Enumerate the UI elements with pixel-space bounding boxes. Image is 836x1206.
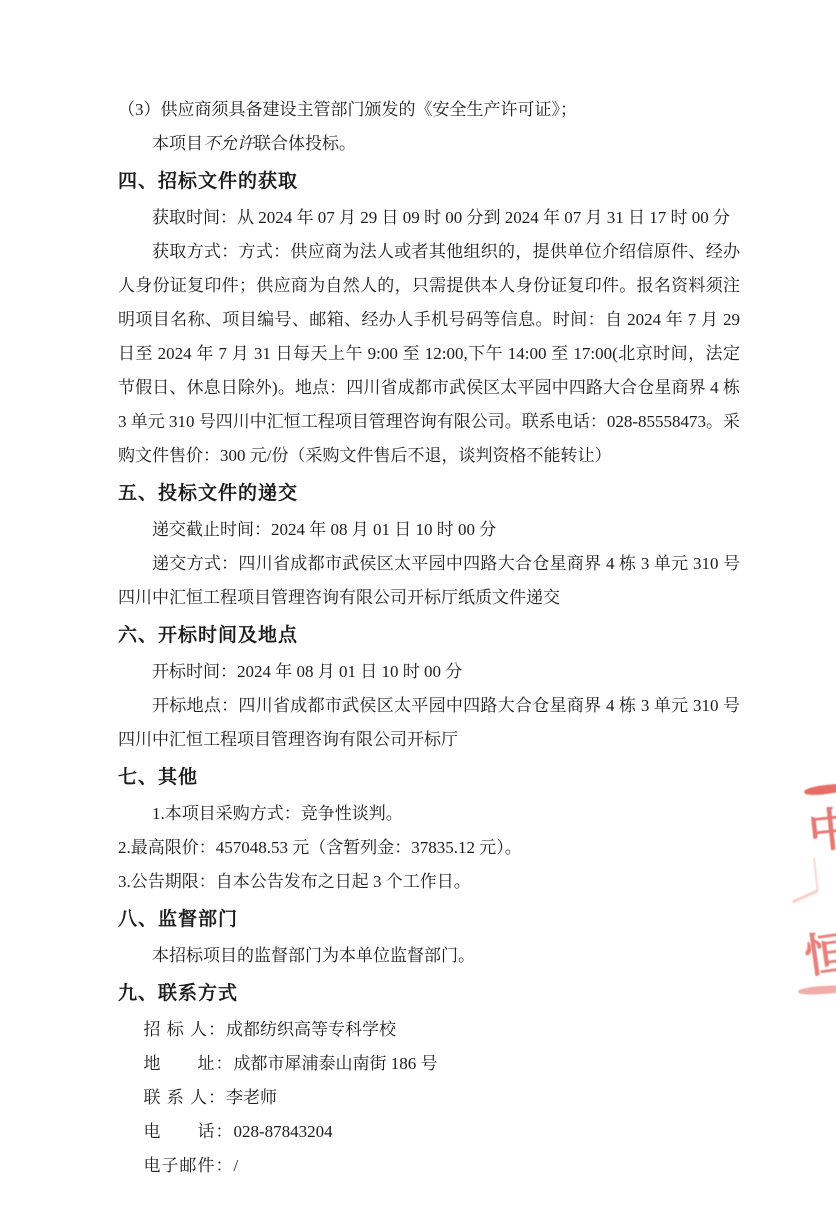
section-7-item-max-price: 2.最高限价：457048.53 元（含暂列金：37835.12 元）。: [118, 831, 740, 865]
contact-row-phone: 电 话：028-87843204: [118, 1115, 740, 1149]
contact-row-tenderer: 招 标 人：成都纺织高等专科学校: [118, 1013, 740, 1047]
red-seal-stamp-fragment: 中 恒: [790, 760, 836, 1006]
joint-bid-suffix: 联合体投标。: [254, 134, 356, 153]
contact-label-person: 联 系 人：: [144, 1088, 227, 1107]
seal-stroke-bottom-icon: [798, 984, 836, 995]
section-7-heading: 七、其他: [118, 760, 740, 796]
contact-value-person: 李老师: [226, 1088, 277, 1107]
section-9-heading: 九、联系方式: [118, 976, 740, 1012]
contact-label-phone: 电 话：: [144, 1122, 234, 1141]
scanned-tender-document-page: （3）供应商须具备建设主管部门颁发的《安全生产许可证》； 本项目不允许联合体投标…: [0, 0, 836, 1206]
joint-bid-emphasis-not-allowed: 不允许: [203, 134, 254, 153]
seal-smudge-icon: [789, 858, 818, 904]
contact-row-person: 联 系 人：李老师: [118, 1081, 740, 1115]
joint-bid-clause: 本项目不允许联合体投标。: [118, 127, 740, 161]
contact-row-email: 电子邮件：/: [118, 1149, 740, 1183]
section-6-heading: 六、开标时间及地点: [118, 618, 740, 654]
contact-value-tenderer: 成都纺织高等专科学校: [226, 1020, 396, 1039]
contact-label-address: 地 址：: [144, 1054, 234, 1073]
contact-row-address: 地 址：成都市犀浦泰山南街 186 号: [118, 1047, 740, 1081]
section-6-opening-place: 开标地点：四川省成都市武侯区太平园中四路大合仓星商界 4 栋 3 单元 310 …: [118, 689, 740, 757]
seal-character-bottom: 恒: [800, 915, 836, 987]
section-4-obtain-time: 获取时间：从 2024 年 07 月 29 日 09 时 00 分到 2024 …: [118, 201, 740, 235]
contact-label-tenderer: 招 标 人：: [144, 1020, 227, 1039]
joint-bid-prefix: 本项目: [152, 134, 203, 153]
section-7-item-procurement-method: 1.本项目采购方式：竞争性谈判。: [118, 797, 740, 831]
section-8-heading: 八、监督部门: [118, 902, 740, 938]
seal-stroke-top-icon: [804, 782, 836, 796]
contact-label-email: 电子邮件：: [144, 1156, 234, 1175]
section-4-obtain-method: 获取方式：方式：供应商为法人或者其他组织的，提供单位介绍信原件、经办人身份证复印…: [118, 235, 740, 473]
section-5-submission-deadline: 递交截止时间：2024 年 08 月 01 日 10 时 00 分: [118, 513, 740, 547]
contact-value-address: 成都市犀浦泰山南街 186 号: [234, 1054, 438, 1073]
section-4-heading: 四、招标文件的获取: [118, 164, 740, 200]
section-8-supervision-body: 本招标项目的监督部门为本单位监督部门。: [118, 939, 740, 973]
section-7-item-notice-period: 3.公告期限：自本公告发布之日起 3 个工作日。: [118, 865, 740, 899]
document-body: （3）供应商须具备建设主管部门颁发的《安全生产许可证》； 本项目不允许联合体投标…: [118, 93, 740, 1183]
section-5-heading: 五、投标文件的递交: [118, 476, 740, 512]
supplier-qualification-clause-3: （3）供应商须具备建设主管部门颁发的《安全生产许可证》；: [118, 93, 740, 127]
contact-value-email: /: [234, 1156, 239, 1175]
contact-value-phone: 028-87843204: [234, 1122, 333, 1141]
section-5-submission-method: 递交方式：四川省成都市武侯区太平园中四路大合仓星商界 4 栋 3 单元 310 …: [118, 547, 740, 615]
section-6-opening-time: 开标时间：2024 年 08 月 01 日 10 时 00 分: [118, 655, 740, 689]
seal-character-top: 中: [805, 792, 836, 862]
